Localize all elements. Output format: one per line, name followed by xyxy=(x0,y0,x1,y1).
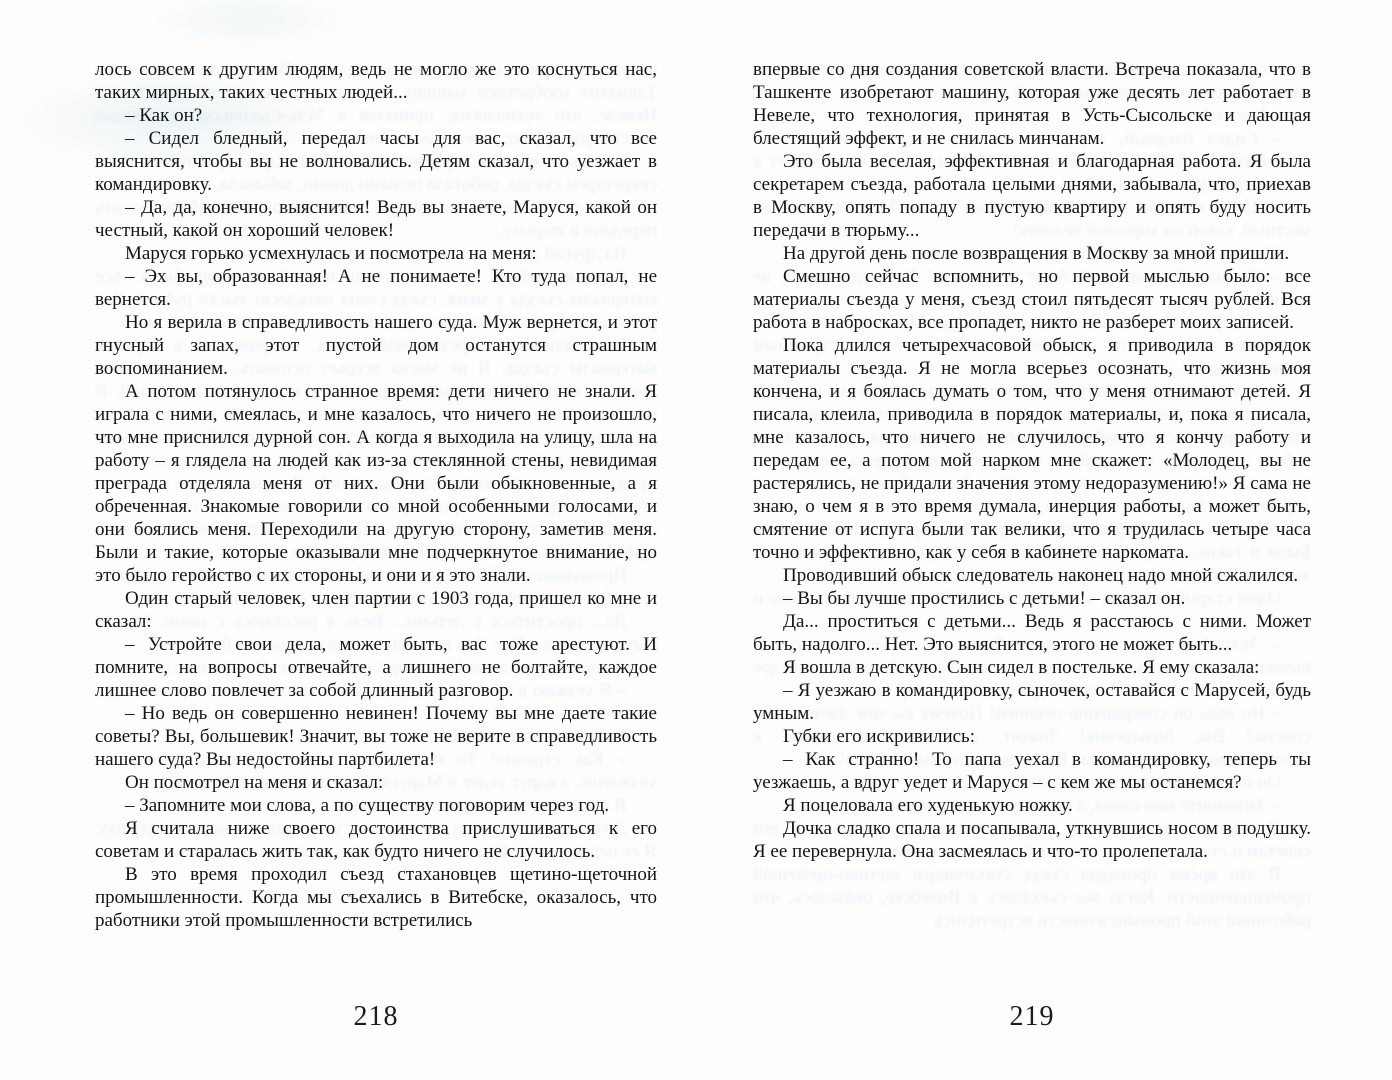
paragraph: Я считала ниже своего достоинства прислу… xyxy=(95,817,657,863)
page-right: лось совсем к другим людям, ведь не могл… xyxy=(753,58,1311,1048)
paragraph: Один старый человек, член партии с 1903 … xyxy=(95,587,657,633)
page-text-right: впервые со дня создания советской власти… xyxy=(753,58,1311,863)
paragraph: Он посмотрел на меня и сказал: xyxy=(95,771,657,794)
paragraph: Проводивший обыск следователь наконец на… xyxy=(753,564,1311,587)
paragraph: – Да, да, конечно, выяснится! Ведь вы зн… xyxy=(95,196,657,242)
paragraph: – Сидел бледный, передал часы для вас, с… xyxy=(95,127,657,196)
paragraph: Губки его искривились: xyxy=(753,725,1311,748)
paragraph: Но я верила в справедливость нашего суда… xyxy=(95,311,657,380)
paragraph: – Как странно! То папа уехал в командиро… xyxy=(753,748,1311,794)
paragraph: Да... проститься с детьми... Ведь я расс… xyxy=(753,610,1311,656)
paragraph: А потом потянулось странное время: дети … xyxy=(95,380,657,587)
paragraph: Я вошла в детскую. Сын сидел в постельке… xyxy=(753,656,1311,679)
paragraph: Маруся горько усмехнулась и посмотрела н… xyxy=(95,242,657,265)
paragraph: Это была веселая, эффективная и благодар… xyxy=(753,150,1311,242)
paragraph: Дочка сладко спала и посапывала, уткнувш… xyxy=(753,817,1311,863)
page-number-left: 218 xyxy=(95,1001,657,1033)
paragraph: Смешно сейчас вспомнить, но первой мысль… xyxy=(753,265,1311,334)
page-text-left: лось совсем к другим людям, ведь не могл… xyxy=(95,58,657,932)
paragraph: – Но ведь он совершенно невинен! Почему … xyxy=(95,702,657,771)
paragraph: На другой день после возвращения в Москв… xyxy=(753,242,1311,265)
book-scan: впервые со дня создания советской власти… xyxy=(0,0,1392,1080)
paragraph: Я поцеловала его худенькую ножку. xyxy=(753,794,1311,817)
paragraph: – Вы бы лучше простились с детьми! – ска… xyxy=(753,587,1311,610)
paragraph: В это время проходил съезд стахановцев щ… xyxy=(753,863,1311,932)
paragraph: – Как он? xyxy=(95,104,657,127)
paragraph: – Запомните мои слова, а по существу пог… xyxy=(95,794,657,817)
paragraph: лось совсем к другим людям, ведь не могл… xyxy=(95,58,657,104)
page-left: впервые со дня создания советской власти… xyxy=(95,58,657,1048)
page-number-right: 219 xyxy=(753,1001,1311,1033)
paragraph: – Эх вы, образованная! А не понимаете! К… xyxy=(95,265,657,311)
paragraph: – Я уезжаю в командировку, сыночек, оста… xyxy=(753,679,1311,725)
paragraph: впервые со дня создания советской власти… xyxy=(753,58,1311,150)
paragraph: Пока длился четырехчасовой обыск, я прив… xyxy=(753,334,1311,564)
paragraph: В это время проходил съезд стахановцев щ… xyxy=(95,863,657,932)
paragraph: – Устройте свои дела, может быть, вас то… xyxy=(95,633,657,702)
